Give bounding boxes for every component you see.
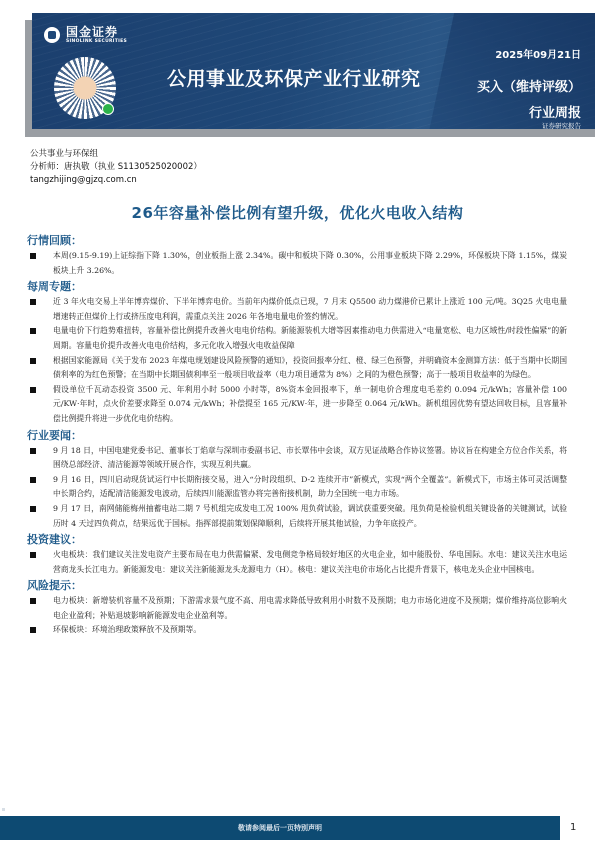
qr-code-icon <box>54 57 116 119</box>
section-market-review: 行情回顾： 本周(9.15-9.19)上证综指下降 1.30%，创业板指上涨 2… <box>27 233 567 278</box>
section-risk-warning: 风险提示： 电力板块：新增装机容量不及预期；下游需求景气度不高、用电需求降低导致… <box>27 578 567 638</box>
bullet-item: 9 月 16 日，四川启动现货试运行中长期衔接交易，进入“分时段组织、D-2 连… <box>27 473 567 502</box>
bullet-item: 火电板块：我们建议关注发电资产主要布局在电力供需偏紧、发电侧竞争格局较好地区的火… <box>27 548 567 577</box>
report-date: 2025年09月21日 <box>495 46 581 61</box>
bullet-item: 根据国家能源局《关于发布 2023 年煤电规划建设风险预警的通知》，投资回报率分… <box>27 354 567 383</box>
logo-cn-text: 国金证券 <box>66 26 127 38</box>
section-heading: 行情回顾： <box>27 233 567 249</box>
logo-en-text: SINOLINK SECURITIES <box>66 40 127 45</box>
mini-program-icon <box>102 103 114 115</box>
report-body: 行情回顾： 本周(9.15-9.19)上证综指下降 1.30%，创业板指上涨 2… <box>27 232 567 638</box>
bullet-item: 电力板块：新增装机容量不及预期；下游需求景气度不高、用电需求降低导致利用小时数不… <box>27 594 567 623</box>
section-heading: 每周专题： <box>27 279 567 295</box>
footer-mark <box>2 808 5 811</box>
analyst-info: 公共事业与环保组 分析师：唐执敬（执业 S1130525020002） tang… <box>30 148 202 187</box>
bullet-item: 近 3 年火电交易上半年博弈煤价、下半年博弈电价。当前年内煤价低点已现，7 月末… <box>27 295 567 324</box>
analyst-email[interactable]: tangzhijing@gjzq.com.cn <box>30 174 202 187</box>
section-heading: 风险提示： <box>27 578 567 594</box>
bullet-item: 本周(9.15-9.19)上证综指下降 1.30%，创业板指上涨 2.34%。碳… <box>27 249 567 278</box>
section-industry-news: 行业要闻： 9 月 18 日，中国电建党委书记、董事长丁焰章与深圳市委副书记、市… <box>27 428 567 532</box>
section-weekly-topic: 每周专题： 近 3 年火电交易上半年博弈煤价、下半年博弈电价。当前年内煤价低点已… <box>27 279 567 426</box>
disclaimer-notice: 敬请参阅最后一页特别声明 <box>0 823 560 833</box>
header-banner: 国金证券 SINOLINK SECURITIES 公用事业及环保产业行业研究 2… <box>32 13 595 129</box>
section-heading: 投资建议： <box>27 532 567 548</box>
bullet-item: 9 月 17 日，南网储能梅州抽蓄电站二期 7 号机组完成发电工况 100% 甩… <box>27 502 567 531</box>
bullet-item: 电量电价下行趋势难扭转，容量补偿比例提升改善火电电价结构。新能源装机大增等因素推… <box>27 324 567 353</box>
bullet-item: 9 月 18 日，中国电建党委书记、董事长丁焰章与深圳市委副书记、市长覃伟中会谈… <box>27 444 567 473</box>
page-number: 1 <box>570 822 576 833</box>
bullet-item: 假设单位千瓦动态投资 3500 元、年利用小时 5000 小时等，8%资本金回报… <box>27 383 567 427</box>
analyst-name: 分析师：唐执敬（执业 S1130525020002） <box>30 161 202 174</box>
brand-logo: 国金证券 SINOLINK SECURITIES <box>44 26 127 45</box>
section-investment-advice: 投资建议： 火电板块：我们建议关注发电资产主要布局在电力供需偏紧、发电侧竞争格局… <box>27 532 567 577</box>
analyst-group: 公共事业与环保组 <box>30 148 202 161</box>
report-type: 行业周报 <box>529 102 581 121</box>
report-subtype: 证券研究报告 <box>542 121 581 129</box>
rating-label: 买入（维持评级） <box>477 76 581 95</box>
bullet-item: 环保板块：环境治理政策释放不及预期等。 <box>27 623 567 638</box>
report-title: 26年容量补偿比例有望升级，优化火电收入结构 <box>0 202 595 223</box>
section-heading: 行业要闻： <box>27 428 567 444</box>
sinolink-logo-icon <box>44 27 60 43</box>
industry-title: 公用事业及环保产业行业研究 <box>167 64 421 91</box>
